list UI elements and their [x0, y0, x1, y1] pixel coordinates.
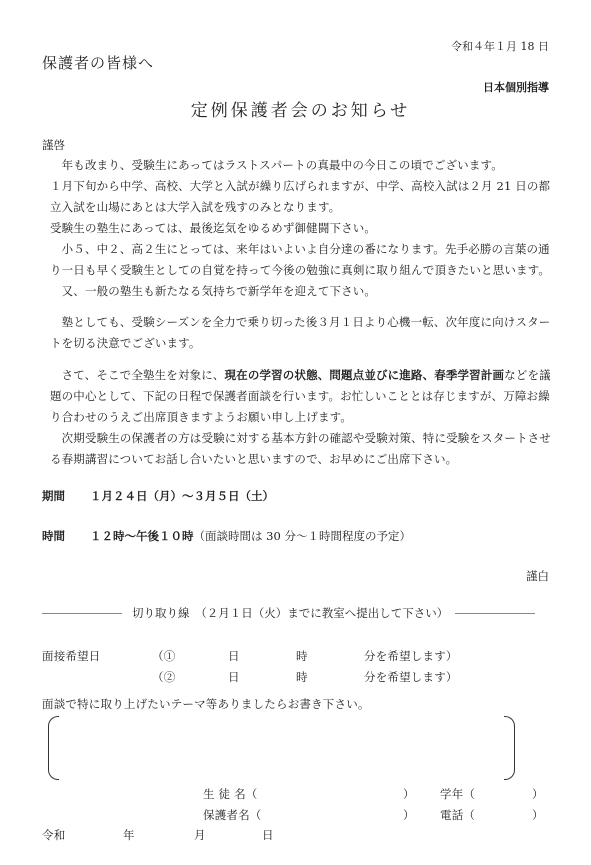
emphasis-suffix: などを議 [504, 368, 551, 382]
grade-label: 学年（ [440, 786, 475, 802]
body-line: 受験生の塾生にあっては、最後迄気をゆるめず御健闘下さい。 [50, 220, 376, 236]
body-line: 立入試を山場にあとは大学入試を残すのみとなります。 [50, 199, 340, 215]
sign-date-era: 令和 [42, 827, 65, 843]
closing-remark: 謹白 [526, 568, 549, 584]
body-line: トを切る決意でございます。 [50, 335, 201, 351]
document-title: 定例保護者会のお知らせ [0, 96, 591, 121]
body-line: 題の中心として、下記の日程で保護者面談を行います。お忙しいこととは存じますが、万… [50, 388, 550, 404]
addressee: 保護者の皆様へ [42, 52, 154, 73]
body-line: り合わせのうえご出席頂きますようお願い申し上げます。 [50, 409, 352, 425]
emphasis-prefix: さて、そこで全塾生を対象に、 [50, 368, 225, 382]
body-line: 小５、中２、高２生にとっては、来年はいよいよ自分達の番になります。先手必勝の言葉… [50, 241, 550, 257]
choice-1-hour[interactable]: 時 [296, 648, 308, 664]
choice-2-hour[interactable]: 時 [296, 669, 308, 685]
body-line: り一日も早く受験生としての自覚を持って今後の勉強に真剣に取り組んで頂きたいと思い… [50, 262, 550, 278]
time-value: １２時～午後１０時（面談時間は 30 分～１時間程度の予定） [90, 528, 411, 544]
time-label: 時間 [42, 528, 65, 544]
issue-date: 令和４年１月 18 日 [451, 38, 549, 54]
cut-line-dash-left [42, 613, 122, 614]
time-range: １２時～午後１０時 [90, 529, 194, 543]
body-line: る春期講習についてお話し合いたいと思いますので、お早めにご出席下さい。 [50, 451, 457, 467]
guardian-name-label: 保護者名（ [203, 807, 262, 823]
cut-line-dash-right [455, 613, 535, 614]
choice-1-day[interactable]: 日 [228, 648, 240, 664]
phone-label: 電話（ [440, 807, 475, 823]
phone-close: ） [532, 807, 544, 823]
choice-2-day[interactable]: 日 [228, 669, 240, 685]
emphasis-bold: 現在の学習の状態、問題点並びに進路、春季学習計画 [225, 368, 505, 382]
body-line: 次期受験生の保護者の方は受験に対する基本方針の確認や受験対策、特に受験をスタート… [50, 430, 551, 446]
student-name-close: ） [403, 786, 415, 802]
body-line: 年も改まり、受験生にあってはラストスパートの真最中の今日この頃でございます。 [50, 157, 503, 173]
guardian-name-close: ） [403, 807, 415, 823]
bracket-right [504, 716, 515, 780]
theme-prompt: 面談で特に取り上げたいテーマ等ありましたらお書き下さい。 [42, 696, 370, 712]
cut-line-instruction: 切り取り線 （２月１日（火）までに教室へ提出して下さい） [132, 605, 448, 621]
time-note: （面談時間は 30 分～１時間程度の予定） [194, 529, 411, 543]
organization-name: 日本個別指導 [483, 79, 549, 95]
cut-line: 切り取り線 （２月１日（火）までに教室へ提出して下さい） [42, 605, 542, 621]
salutation: 謹啓 [42, 137, 65, 153]
period-label: 期間 [42, 488, 65, 504]
body-line-emphasis: さて、そこで全塾生を対象に、現在の学習の状態、問題点並びに進路、春季学習計画など… [50, 367, 551, 383]
student-name-label: 生 徒 名（ [203, 786, 258, 802]
body-line: １月下旬から中学、高校、大学と入試が繰り広げられますが、中学、高校入試は２月 2… [50, 178, 550, 194]
choice-2-number: （② [152, 669, 175, 685]
choice-1-minute[interactable]: 分を希望します） [364, 648, 458, 664]
body-line: 塾としても、受験シーズンを全力で乗り切った後３月１日より心機一転、次年度に向けス… [50, 314, 550, 330]
grade-close: ） [532, 786, 544, 802]
bracket-left [48, 716, 59, 780]
preferred-date-label: 面接希望日 [42, 648, 101, 664]
period-value: １月２４日（月）～３月５日（土） [90, 488, 274, 504]
sign-date-day[interactable]: 日 [262, 827, 274, 843]
sign-date-month[interactable]: 月 [194, 827, 206, 843]
choice-1-number: （① [152, 648, 175, 664]
choice-2-minute[interactable]: 分を希望します） [364, 669, 458, 685]
theme-input-area[interactable] [48, 716, 515, 778]
body-line: 又、一般の塾生も新たなる気持ちで新学年を迎えて下さい。 [50, 283, 376, 299]
sign-date-year[interactable]: 年 [123, 827, 135, 843]
